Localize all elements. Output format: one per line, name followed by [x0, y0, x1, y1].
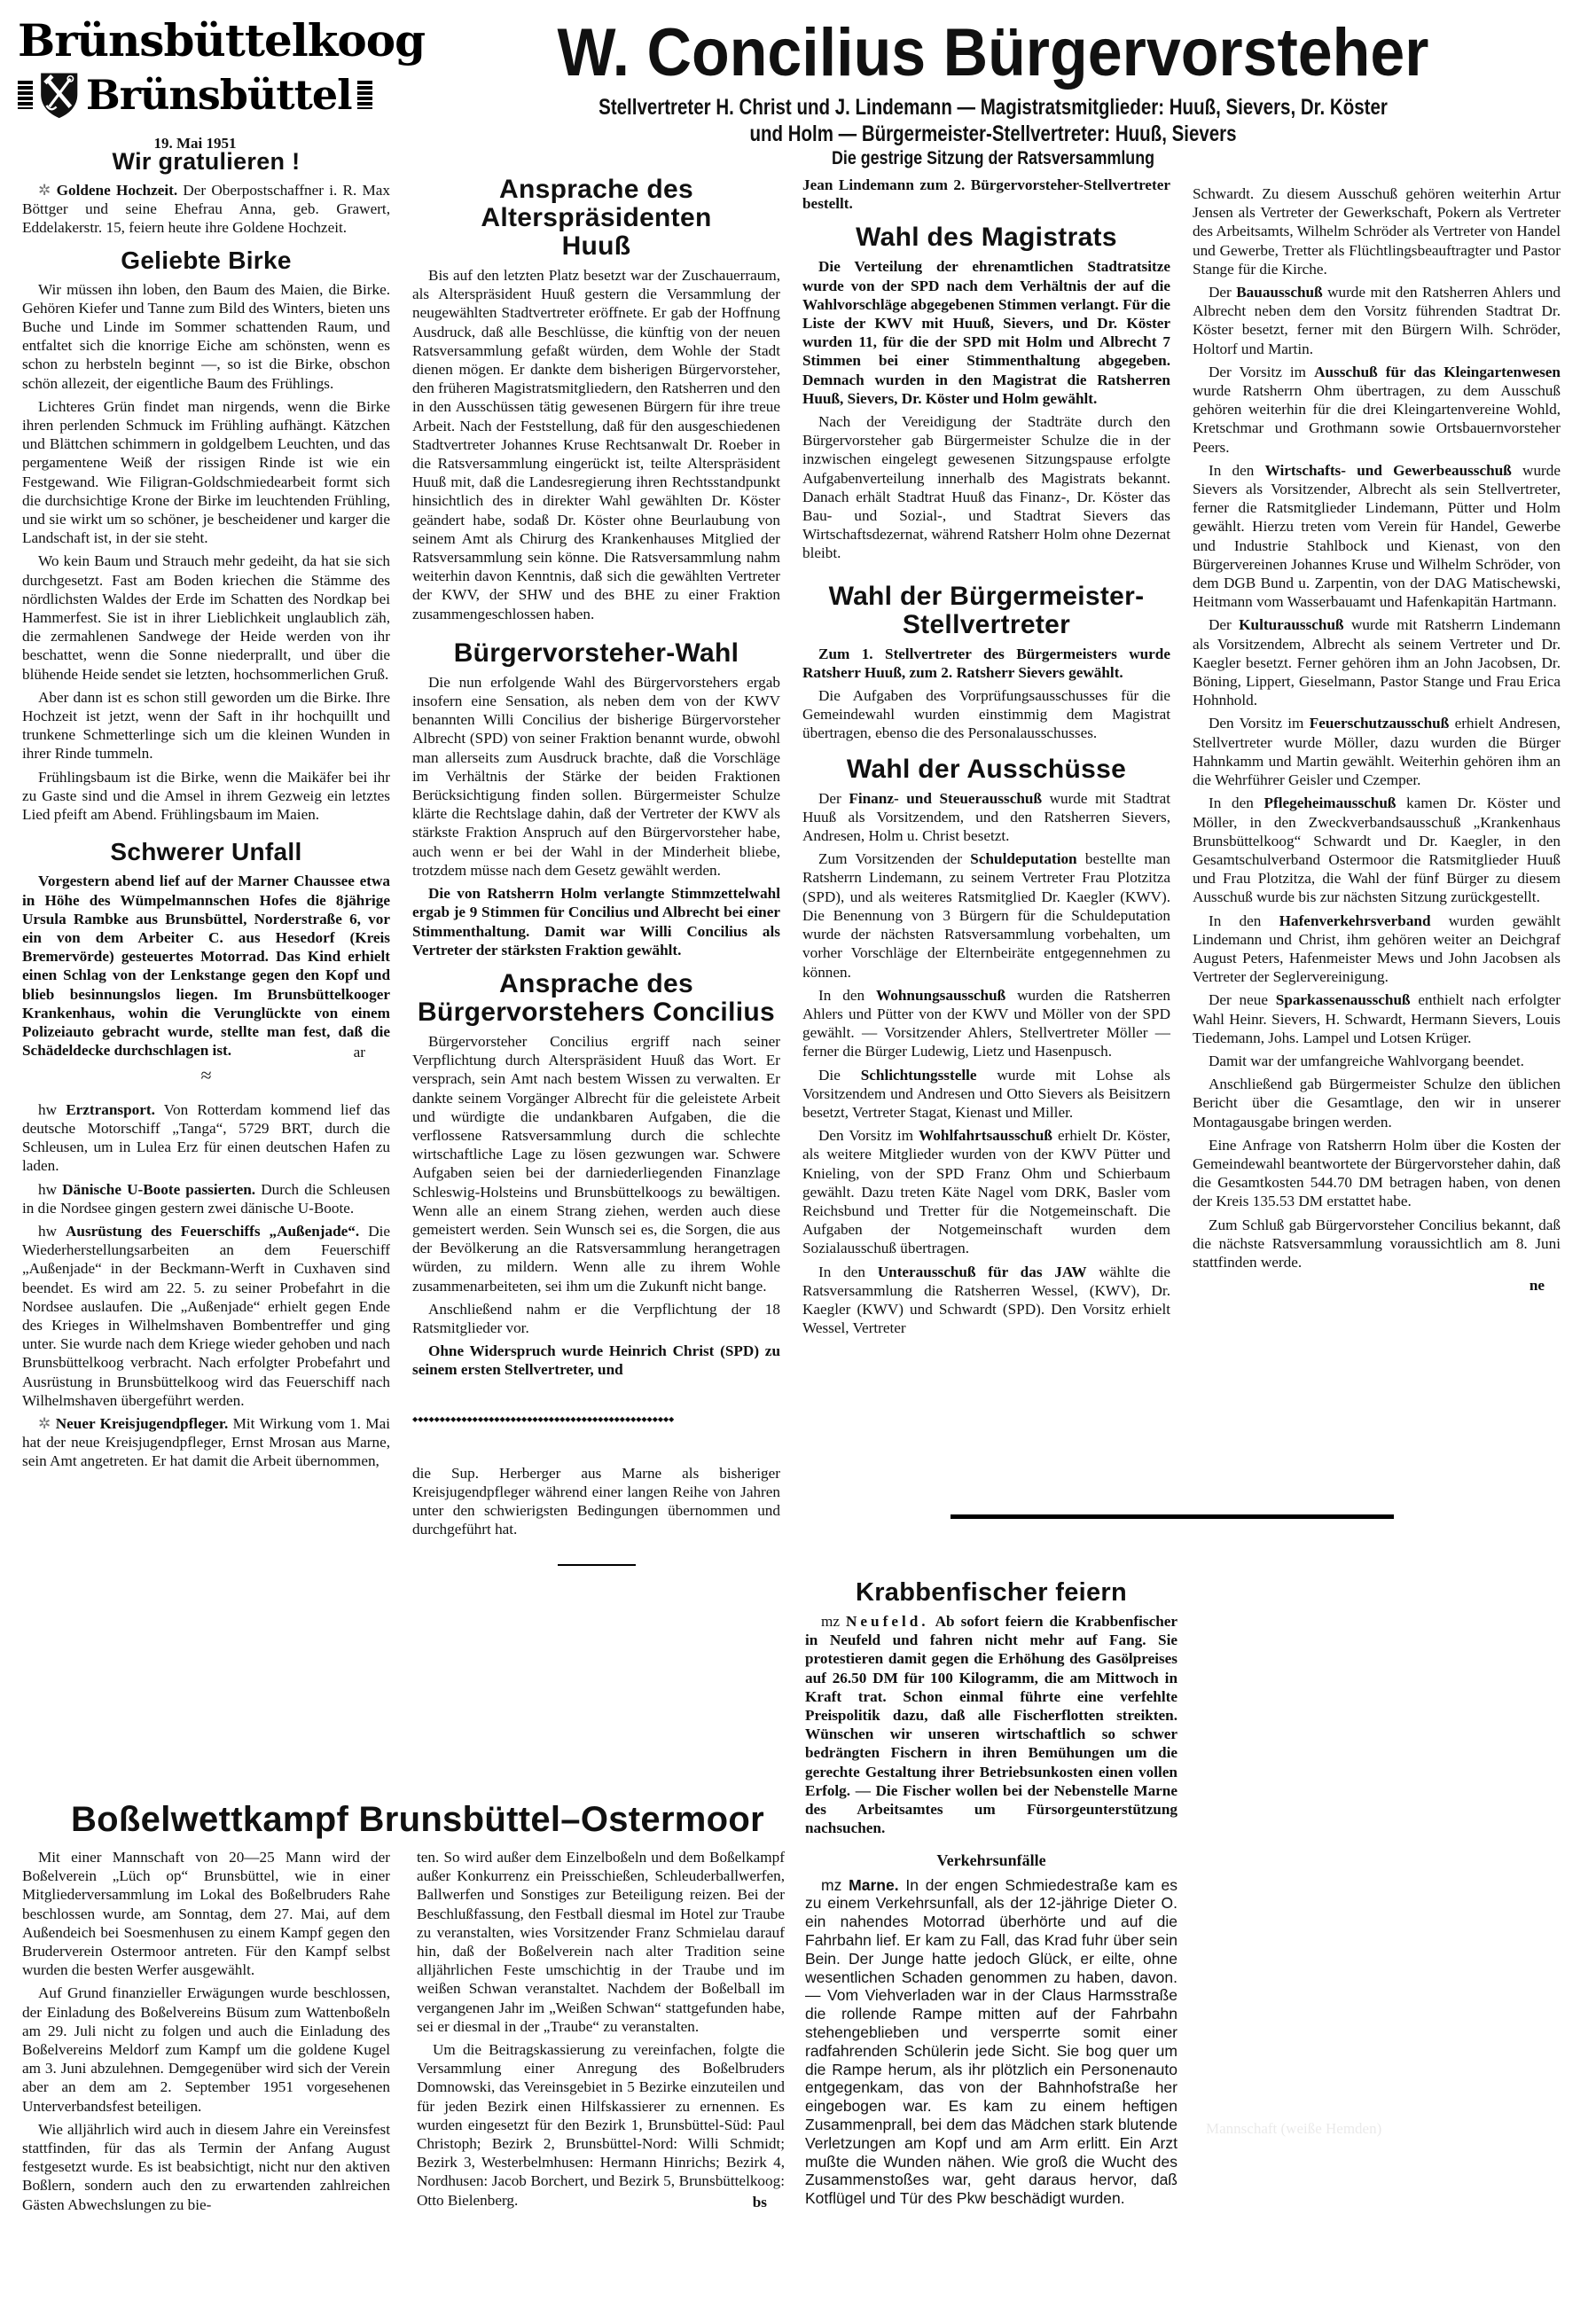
note-erztransport: hw Erztransport. Von Rotterdam kommend l… — [22, 1100, 390, 1176]
article-heading-bossel: Boßelwettkampf Brunsbüttel–Ostermoor — [22, 1800, 789, 1839]
article-gratulieren: ✲ Goldene Hochzeit. Der Oberpostschaffne… — [22, 181, 390, 238]
ausschuss-item: Der Finanz- und Steuerausschuß wurde mit… — [802, 789, 1170, 846]
article-bv-wahl-result: Die von Ratsherrn Holm verlangte Stimmze… — [412, 884, 780, 959]
article-bv-wahl: Die nun erfolgende Wahl des Bürgervorste… — [412, 673, 780, 880]
lead-kicker: Die gestrige Sitzung der Ratsversammlung — [481, 147, 1506, 170]
article-ansprache-huuss: Bis auf den letzten Platz besetzt war de… — [412, 266, 780, 623]
ausschuss-item: Die Schlichtungsstelle wurde mit Lohse a… — [802, 1066, 1170, 1123]
bossel-column-a: Mit einer Mannschaft von 20—25 Mann wird… — [22, 1848, 390, 2218]
diamond-divider: ◆◆◆◆◆◆◆◆◆◆◆◆◆◆◆◆◆◆◆◆◆◆◆◆◆◆◆◆◆◆◆◆◆◆◆◆◆◆◆◆… — [412, 1410, 780, 1428]
article-birke: Wir müssen ihn loben, den Baum des Maien… — [22, 280, 390, 825]
closing-paragraph: Damit war der umfangreiche Wahlvorgang b… — [1193, 1052, 1561, 1070]
masthead: Brünsbüttelkoog Brünsbüttel 19. Mai 1951 — [18, 16, 372, 153]
article-heading-unfall: Schwerer Unfall — [22, 838, 390, 866]
article-magistrat: Nach der Vereidigung der Stadträte durch… — [802, 412, 1170, 563]
column-1: Wir gratulieren ! ✲ Goldene Hochzeit. De… — [22, 144, 390, 1475]
column-4: Schwardt. Zu diesem Ausschuß gehören wei… — [1193, 184, 1561, 1295]
article-heading-ansprache-huuss: Ansprache des Alterspräsidenten Huuß — [412, 176, 780, 261]
column-2: Ansprache des Alterspräsidenten Huuß Bis… — [412, 176, 780, 1566]
banner-left-icon — [18, 81, 33, 109]
note-uboote: hw Dänische U-Boote passierten. Durch di… — [22, 1180, 390, 1217]
bossel-column-b: ten. So wird außer dem Einzelboßeln und … — [417, 1848, 785, 2218]
article-unfall: Vorgestern abend lief auf der Marner Cha… — [22, 872, 390, 1060]
faded-bleedthrough: Mannschaft (weiße Hemden) — [1206, 1942, 1578, 2297]
ausschuss-item: Den Vorsitz im Wohlfahrtsausschuß erhiel… — [802, 1126, 1170, 1257]
lead-subhead-1: Stellvertreter H. Christ und J. Lindeman… — [498, 94, 1487, 121]
ausschuss-item: Der Kulturausschuß wurde mit Ratsherrn L… — [1193, 615, 1561, 709]
ausschuss-item: In den Wohnungsausschuß wurden die Ratsh… — [802, 986, 1170, 1061]
banner-right-icon — [357, 81, 372, 109]
star-icon: ✲ — [38, 1415, 51, 1432]
article-krabben: mz Neufeld. Ab sofort feiern die Krabben… — [805, 1612, 1177, 1837]
ausschuss-item: In den Pflegeheimausschuß kamen Dr. Köst… — [1193, 794, 1561, 906]
ausschuss-item: Zum Vorsitzenden der Schuldeputation bes… — [802, 849, 1170, 981]
ausschuss-item: Den Vorsitz im Feuerschutzausschuß erhie… — [1193, 714, 1561, 789]
ausschuss-item: In den Wirtschafts- und Gewerbeausschuß … — [1193, 461, 1561, 612]
closing-paragraph: Zum Schluß gab Bürgervorsteher Concilius… — [1193, 1216, 1561, 1272]
article-christ-stellvertreter: Ohne Widerspruch wurde Heinrich Christ (… — [412, 1342, 780, 1379]
lead-header: W. Concilius Bürgervorsteher Stellvertre… — [390, 16, 1596, 170]
article-jugendpfleger-continued: die Sup. Herberger aus Marne als bisheri… — [412, 1464, 780, 1539]
closing-paragraph: Anschließend gab Bürgermeister Schulze d… — [1193, 1075, 1561, 1131]
article-bm-stellv: Die Aufgaben des Vorprüfungsausschusses … — [802, 686, 1170, 743]
ausschuss-item: Der neue Sparkassenausschuß enthielt nac… — [1193, 990, 1561, 1047]
lead-headline: W. Concilius Bürgervorsteher — [438, 16, 1547, 90]
coat-of-arms-icon — [38, 64, 80, 126]
lead-subhead-2: und Holm — Bürgermeister-Stellvertreter:… — [498, 121, 1487, 147]
ausschuss-item: In den Hafenverkehrsverband wurden gewäh… — [1193, 912, 1561, 987]
column-krabben: Krabbenfischer feiern mz Neufeld. Ab sof… — [805, 1578, 1177, 2212]
article-lindemann-continued: Jean Lindemann zum 2. Bürgervorsteher-St… — [802, 176, 1170, 213]
article-bm-stellv-result: Zum 1. Stellvertreter des Bürgermeisters… — [802, 645, 1170, 682]
wave-separator: ≈ — [22, 1066, 390, 1084]
article-heading-verkehr: Verkehrsunfälle — [805, 1851, 1177, 1870]
note-kreisjugendpfleger: ✲ Neuer Kreisjugendpfleger. Mit Wirkung … — [22, 1414, 390, 1471]
article-verkehr: mz Marne. In der engen Schmiedestraße ka… — [805, 1876, 1177, 2208]
article-heading-magistrat: Wahl des Magistrats — [802, 223, 1170, 252]
ausschuss-item: Schwardt. Zu diesem Ausschuß gehören wei… — [1193, 184, 1561, 278]
article-heading-bv-wahl: Bürgervorsteher-Wahl — [412, 639, 780, 668]
ausschuss-item: Der Bauausschuß wurde mit den Ratsherren… — [1193, 283, 1561, 358]
note-feuerschiff: hw Ausrüstung des Feuerschiffs „Außenjad… — [22, 1222, 390, 1410]
article-heading-gratulieren: Wir gratulieren ! — [22, 147, 390, 176]
masthead-title-line2: Brünsbüttel — [86, 71, 352, 119]
column-3: Jean Lindemann zum 2. Bürgervorsteher-St… — [802, 176, 1170, 1342]
article-heading-ausschuesse: Wahl der Ausschüsse — [802, 755, 1170, 784]
ausschuss-item: Der Vorsitz im Ausschuß für das Kleingar… — [1193, 363, 1561, 457]
author-signature: ne — [1193, 1276, 1561, 1295]
article-magistrat-result: Die Verteilung der ehrenamtlichen Stadtr… — [802, 257, 1170, 408]
article-heading-krabben: Krabbenfischer feiern — [805, 1578, 1177, 1607]
masthead-title-line1: Brünsbüttelkoog — [18, 16, 372, 66]
short-divider — [558, 1564, 636, 1566]
section-rule — [951, 1514, 1394, 1519]
closing-paragraph: Eine Anfrage von Ratsherrn Holm über die… — [1193, 1136, 1561, 1211]
bossel-article: Boßelwettkampf Brunsbüttel–Ostermoor Mit… — [22, 1800, 789, 2218]
article-heading-ansprache-concilius: Ansprache des Bürgervorstehers Concilius — [412, 970, 780, 1027]
article-ansprache-concilius: Bürgervorsteher Concilius ergriff nach s… — [412, 1032, 780, 1295]
article-heading-birke: Geliebte Birke — [22, 246, 390, 275]
ausschuss-item: In den Unterausschuß für das JAW wählte … — [802, 1263, 1170, 1338]
star-icon: ✲ — [38, 182, 51, 199]
article-heading-bm-stellv: Wahl der Bürgermeister-Stellvertreter — [802, 583, 1170, 639]
